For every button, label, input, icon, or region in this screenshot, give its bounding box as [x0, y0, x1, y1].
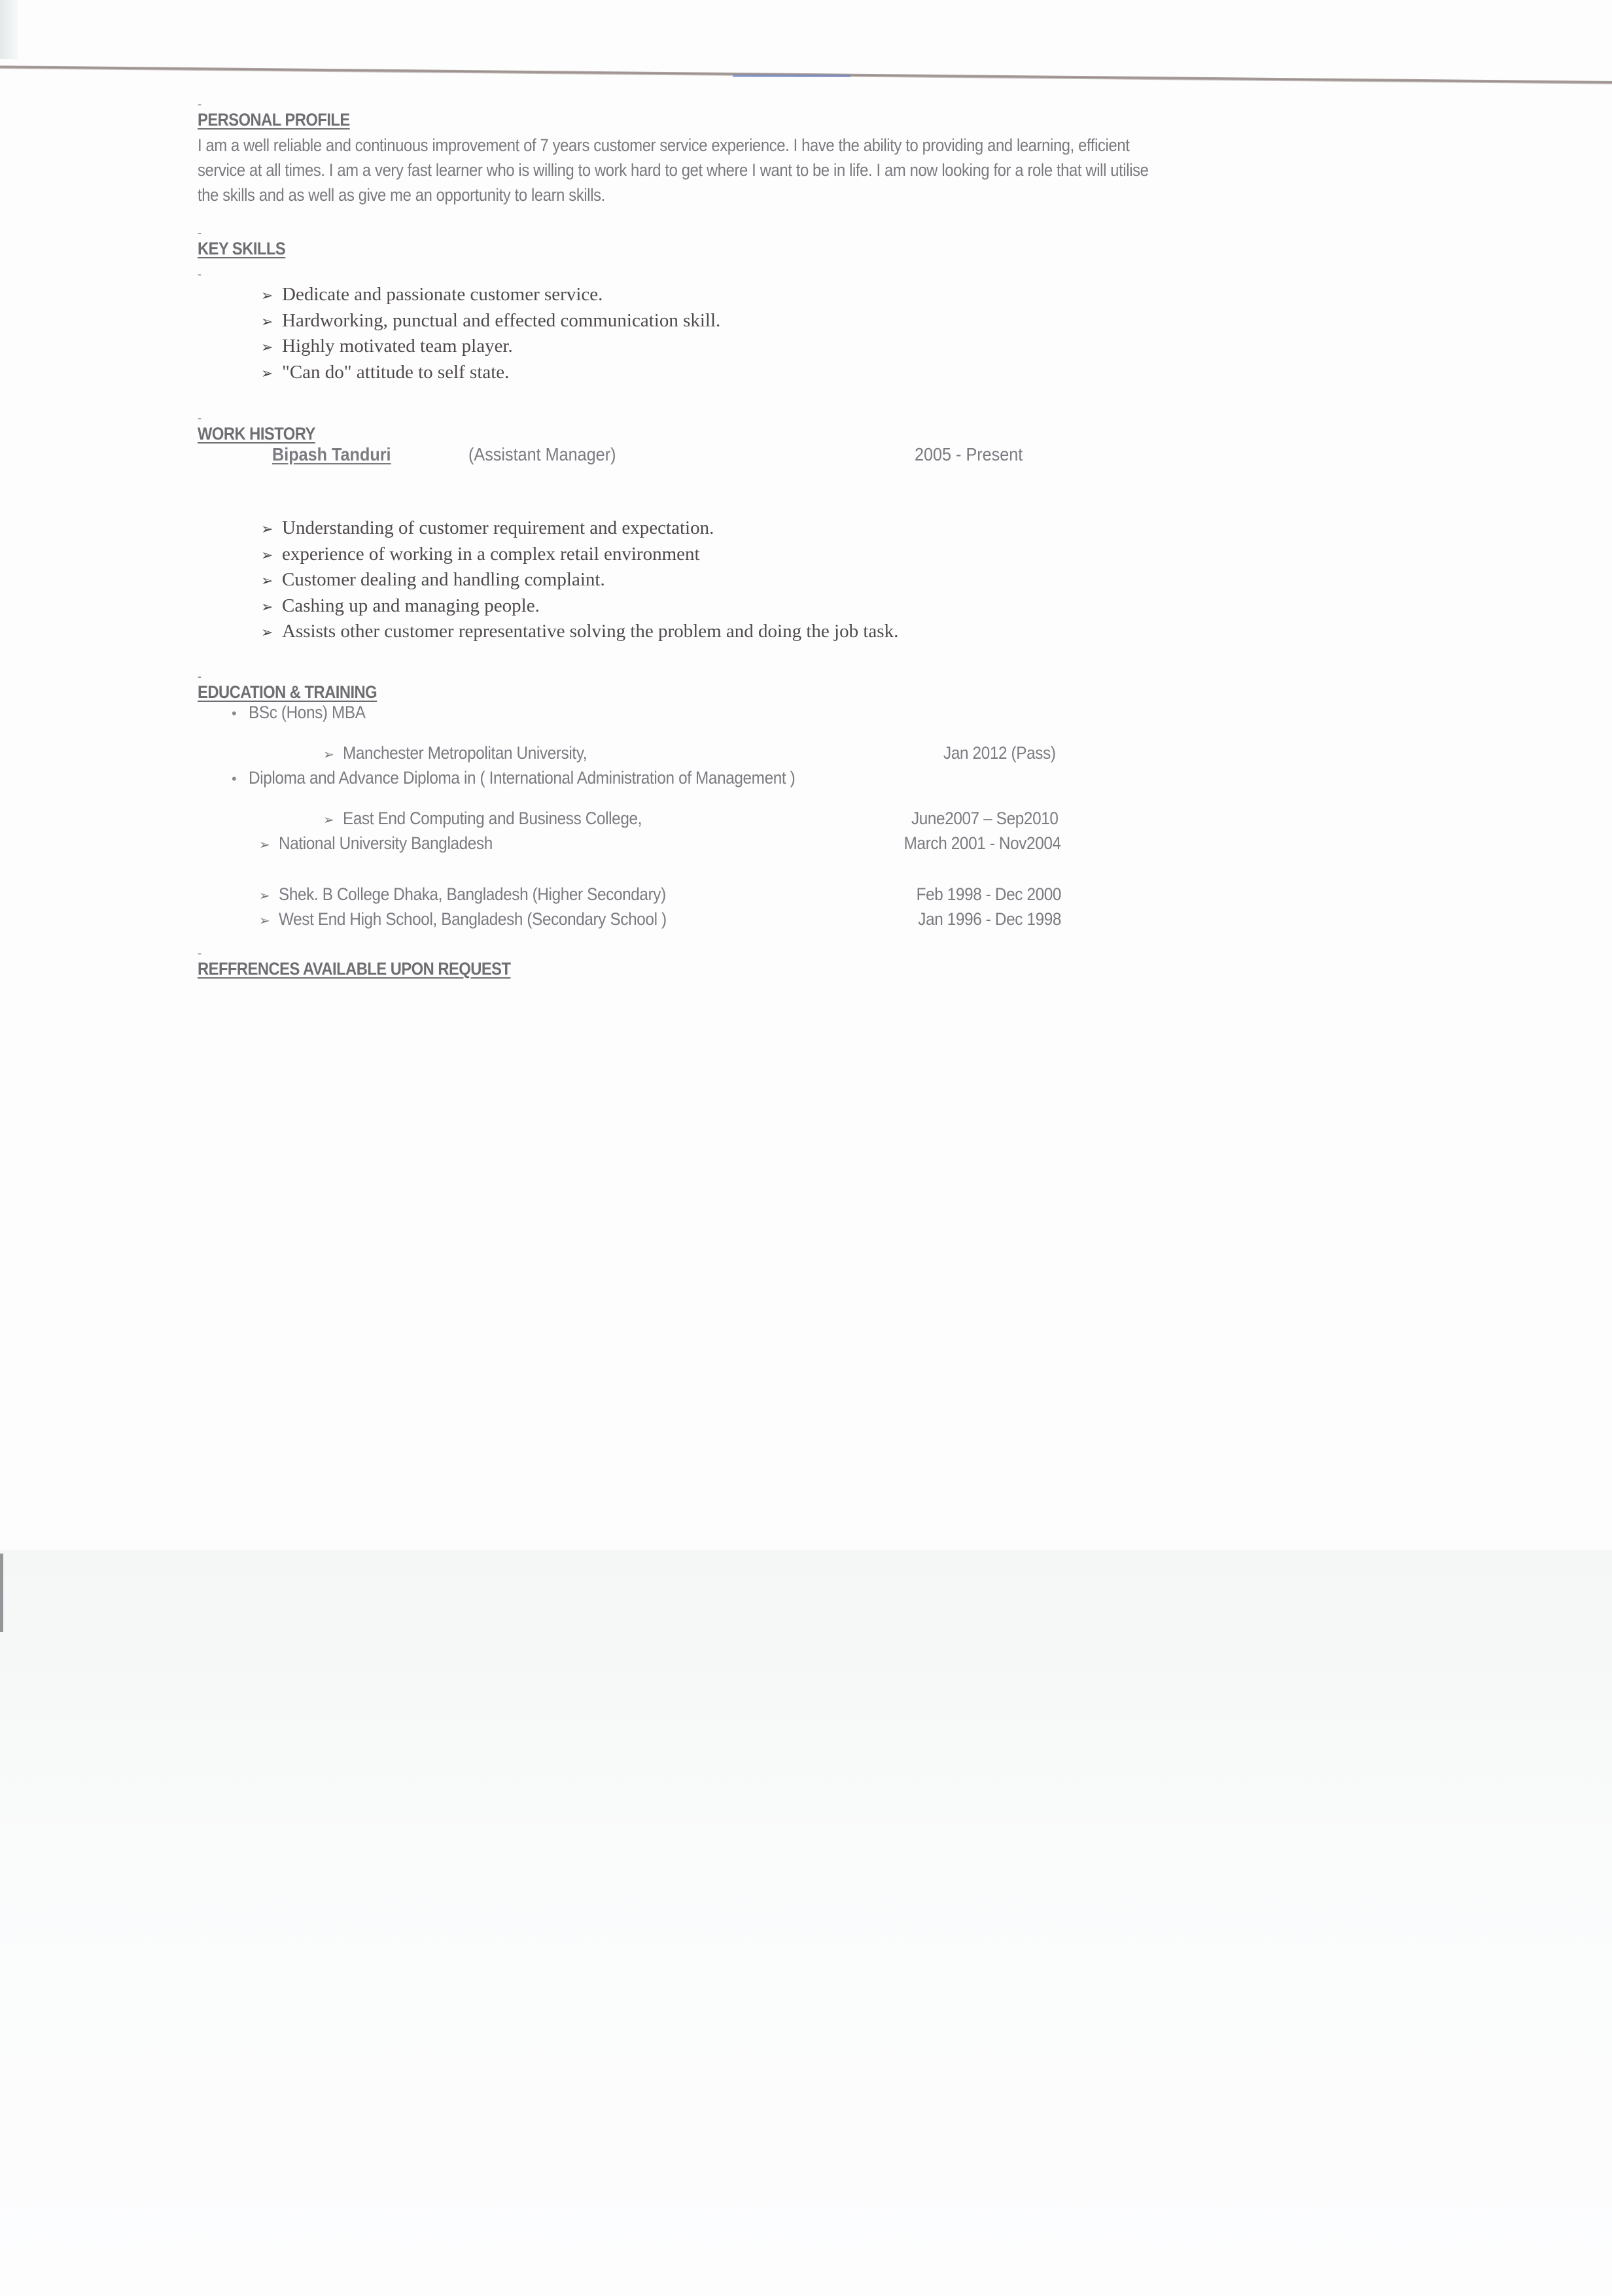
duty-text: experience of working in a complex retai…	[282, 542, 700, 567]
paper-edge-mark	[733, 75, 850, 77]
arrow-bullet-icon: ➢	[261, 595, 282, 620]
education-section: - EDUCATION & TRAINING • BSc (Hons) MBA …	[198, 670, 1061, 934]
arrow-bullet-icon: ➢	[261, 544, 282, 568]
arrow-bullet-icon: ➢	[261, 517, 282, 542]
degree-row: • Diploma and Advance Diploma in ( Inter…	[198, 768, 1061, 793]
study-period: Feb 1998 - Dec 2000	[917, 884, 1061, 905]
degree-title: BSc (Hons) MBA	[249, 703, 366, 723]
references-section: - REFFRENCES AVAILABLE UPON REQUEST	[198, 947, 1473, 979]
resume-page: - PERSONAL PROFILE I am a well reliable …	[198, 98, 1473, 979]
arrow-bullet-icon: ➢	[261, 284, 282, 309]
arrow-bullet-icon: ➢	[259, 837, 279, 852]
scan-shading	[0, 1550, 1612, 2296]
section-marker: -	[198, 947, 1473, 959]
scan-corner-artifact	[0, 0, 18, 59]
key-skills-section: - KEY SKILLS - ➢Dedicate and passionate …	[198, 227, 1473, 386]
job-role: (Assistant Manager)	[468, 444, 616, 465]
list-item: ➢"Can do" attitude to self state.	[261, 360, 1473, 387]
arrow-bullet-icon: ➢	[323, 746, 343, 762]
skill-text: Dedicate and passionate customer service…	[282, 283, 603, 307]
arrow-bullet-icon: ➢	[261, 569, 282, 594]
arrow-bullet-icon: ➢	[259, 888, 279, 903]
institution-row: ➢ West End High School, Bangladesh (Seco…	[198, 909, 1061, 934]
employment-row: Bipash Tanduri (Assistant Manager) 2005 …	[198, 444, 1473, 469]
profile-line: I am a well reliable and continuous impr…	[198, 133, 1505, 158]
institution-name: Shek. B College Dhaka, Bangladesh (Highe…	[279, 884, 666, 905]
bullet-icon: •	[232, 705, 249, 722]
arrow-bullet-icon: ➢	[323, 812, 343, 827]
list-item: ➢Assists other customer representative s…	[261, 619, 1473, 646]
skill-text: "Can do" attitude to self state.	[282, 360, 509, 385]
institution-name: East End Computing and Business College,	[343, 809, 642, 829]
arrow-bullet-icon: ➢	[261, 336, 282, 360]
institution-row: ➢ East End Computing and Business Colleg…	[198, 809, 1061, 833]
section-marker: -	[198, 670, 1061, 682]
skill-text: Hardworking, punctual and effected commu…	[282, 309, 720, 334]
arrow-bullet-icon: ➢	[261, 621, 282, 646]
section-marker: -	[198, 268, 1473, 280]
arrow-bullet-icon: ➢	[259, 913, 279, 928]
institution-row: ➢ Manchester Metropolitan University, Ja…	[198, 743, 1061, 768]
work-history-heading: WORK HISTORY	[198, 424, 315, 444]
list-item: ➢Customer dealing and handling complaint…	[261, 568, 1473, 594]
study-period: June2007 – Sep2010	[911, 809, 1059, 829]
section-marker: -	[198, 412, 1473, 424]
duty-text: Cashing up and managing people.	[282, 594, 540, 619]
employer-name: Bipash Tanduri	[272, 444, 391, 465]
education-heading: EDUCATION & TRAINING	[198, 682, 377, 703]
bullet-icon: •	[232, 771, 249, 788]
institution-row: ➢ National University Bangladesh March 2…	[198, 833, 1061, 858]
list-item: ➢Dedicate and passionate customer servic…	[261, 283, 1473, 309]
section-marker: -	[198, 98, 1473, 110]
study-period: Jan 1996 - Dec 1998	[918, 909, 1061, 930]
arrow-bullet-icon: ➢	[261, 310, 282, 335]
list-item: ➢experience of working in a complex reta…	[261, 542, 1473, 568]
skill-text: Highly motivated team player.	[282, 334, 513, 359]
personal-profile-heading: PERSONAL PROFILE	[198, 110, 350, 130]
section-marker: -	[198, 227, 1473, 239]
duty-text: Understanding of customer requirement an…	[282, 516, 714, 541]
profile-line: service at all times. I am a very fast l…	[198, 158, 1505, 183]
list-item: ➢Understanding of customer requirement a…	[261, 516, 1473, 542]
study-period: Jan 2012 (Pass)	[943, 743, 1056, 763]
degree-title: Diploma and Advance Diploma in ( Interna…	[249, 768, 795, 788]
duty-text: Assists other customer representative so…	[282, 619, 898, 644]
personal-profile-text: I am a well reliable and continuous impr…	[198, 133, 1505, 207]
institution-name: West End High School, Bangladesh (Second…	[279, 909, 667, 930]
references-heading: REFFRENCES AVAILABLE UPON REQUEST	[198, 959, 534, 979]
institution-name: Manchester Metropolitan University,	[343, 743, 587, 763]
work-history-section: - WORK HISTORY Bipash Tanduri (Assistant…	[198, 412, 1473, 646]
list-item: ➢Highly motivated team player.	[261, 334, 1473, 360]
institution-name: National University Bangladesh	[279, 833, 493, 854]
list-item: ➢Hardworking, punctual and effected comm…	[261, 309, 1473, 335]
personal-profile-section: - PERSONAL PROFILE I am a well reliable …	[198, 98, 1473, 207]
arrow-bullet-icon: ➢	[261, 362, 282, 387]
key-skills-list: ➢Dedicate and passionate customer servic…	[261, 283, 1473, 386]
institution-row: ➢ Shek. B College Dhaka, Bangladesh (Hig…	[198, 884, 1061, 909]
duty-text: Customer dealing and handling complaint.	[282, 568, 605, 593]
profile-line: the skills and as well as give me an opp…	[198, 183, 1505, 207]
degree-row: • BSc (Hons) MBA	[198, 703, 1061, 727]
study-period: March 2001 - Nov2004	[904, 833, 1061, 854]
key-skills-heading: KEY SKILLS	[198, 239, 285, 259]
scan-edge-shadow	[0, 1554, 3, 1632]
list-item: ➢Cashing up and managing people.	[261, 594, 1473, 620]
employment-period: 2005 - Present	[915, 444, 1023, 465]
work-duties-list: ➢Understanding of customer requirement a…	[261, 516, 1473, 646]
